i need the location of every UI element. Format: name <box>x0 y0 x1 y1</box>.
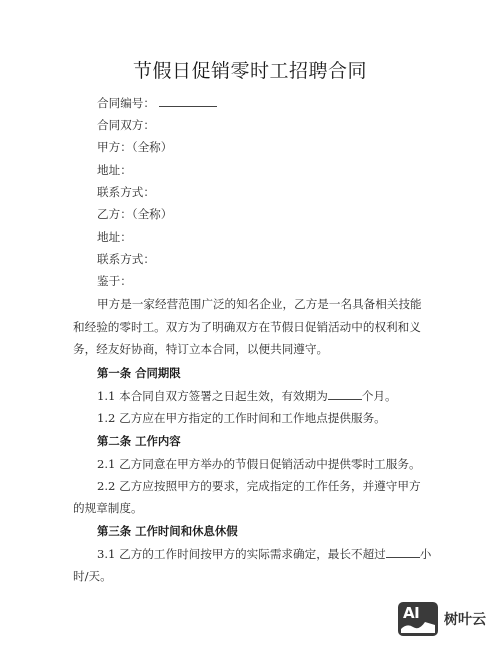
party-a-address-label: 地址： <box>97 162 132 178</box>
clause-2-2-line-1: 2.2 乙方应按照甲方的要求，完成指定的工作任务，并遵守甲方 <box>97 478 421 494</box>
ai-logo-icon: AI <box>398 602 438 636</box>
contract-number-label: 合同编号： <box>97 96 155 110</box>
party-b-address-label: 地址： <box>97 229 132 245</box>
party-a-contact-label: 联系方式： <box>97 184 155 200</box>
clause-3-1-line-2: 时/天。 <box>73 568 112 584</box>
watermark: AI 树叶云 <box>398 602 486 636</box>
clause-1-1-suffix: 个月。 <box>362 389 397 403</box>
article-2-heading: 第二条 工作内容 <box>97 433 181 449</box>
party-b-contact-label: 联系方式： <box>97 251 155 267</box>
whereas-label: 鉴于： <box>97 273 132 289</box>
document-page: 节假日促销零时工招聘合同 合同编号： 合同双方： 甲方：（全称） 地址： 联系方… <box>0 0 500 647</box>
article-3-heading: 第三条 工作时间和休息休假 <box>97 523 238 539</box>
article-1-heading: 第一条 合同期限 <box>97 365 181 381</box>
clause-1-1: 1.1 本合同自双方签署之日起生效，有效期为个月。 <box>97 388 397 404</box>
preamble-line-3: 务，经友好协商，特订立本合同，以便共同遵守。 <box>73 341 328 357</box>
brand-name: 树叶云 <box>444 609 486 629</box>
document-title: 节假日促销零时工招聘合同 <box>0 58 500 84</box>
mountain-icon <box>401 619 435 633</box>
parties-label: 合同双方： <box>97 117 155 133</box>
clause-1-1-text: 1.1 本合同自双方签署之日起生效，有效期为 <box>97 389 328 403</box>
term-months-blank <box>328 388 362 400</box>
clause-3-1-line-1: 3.1 乙方的工作时间按甲方的实际需求确定，最长不超过小 <box>97 546 431 562</box>
preamble-line-1: 甲方是一家经营范围广泛的知名企业，乙方是一名具备相关技能 <box>97 296 422 312</box>
contract-number-field: 合同编号： <box>97 95 217 111</box>
clause-1-2: 1.2 乙方应在甲方指定的工作时间和工作地点提供服务。 <box>97 410 386 426</box>
party-b-label: 乙方：（全称） <box>97 206 172 222</box>
preamble-line-2: 和经验的零时工。双方为了明确双方在节假日促销活动中的权利和义 <box>73 319 421 335</box>
max-hours-blank <box>386 546 420 558</box>
clause-2-1: 2.1 乙方同意在甲方举办的节假日促销活动中提供零时工服务。 <box>97 456 421 472</box>
party-a-label: 甲方：（全称） <box>97 139 172 155</box>
clause-2-2-line-2: 的规章制度。 <box>73 500 143 516</box>
clause-3-1-text: 3.1 乙方的工作时间按甲方的实际需求确定，最长不超过 <box>97 547 386 561</box>
clause-3-1-suffix: 小 <box>420 547 432 561</box>
contract-number-blank <box>159 95 217 107</box>
